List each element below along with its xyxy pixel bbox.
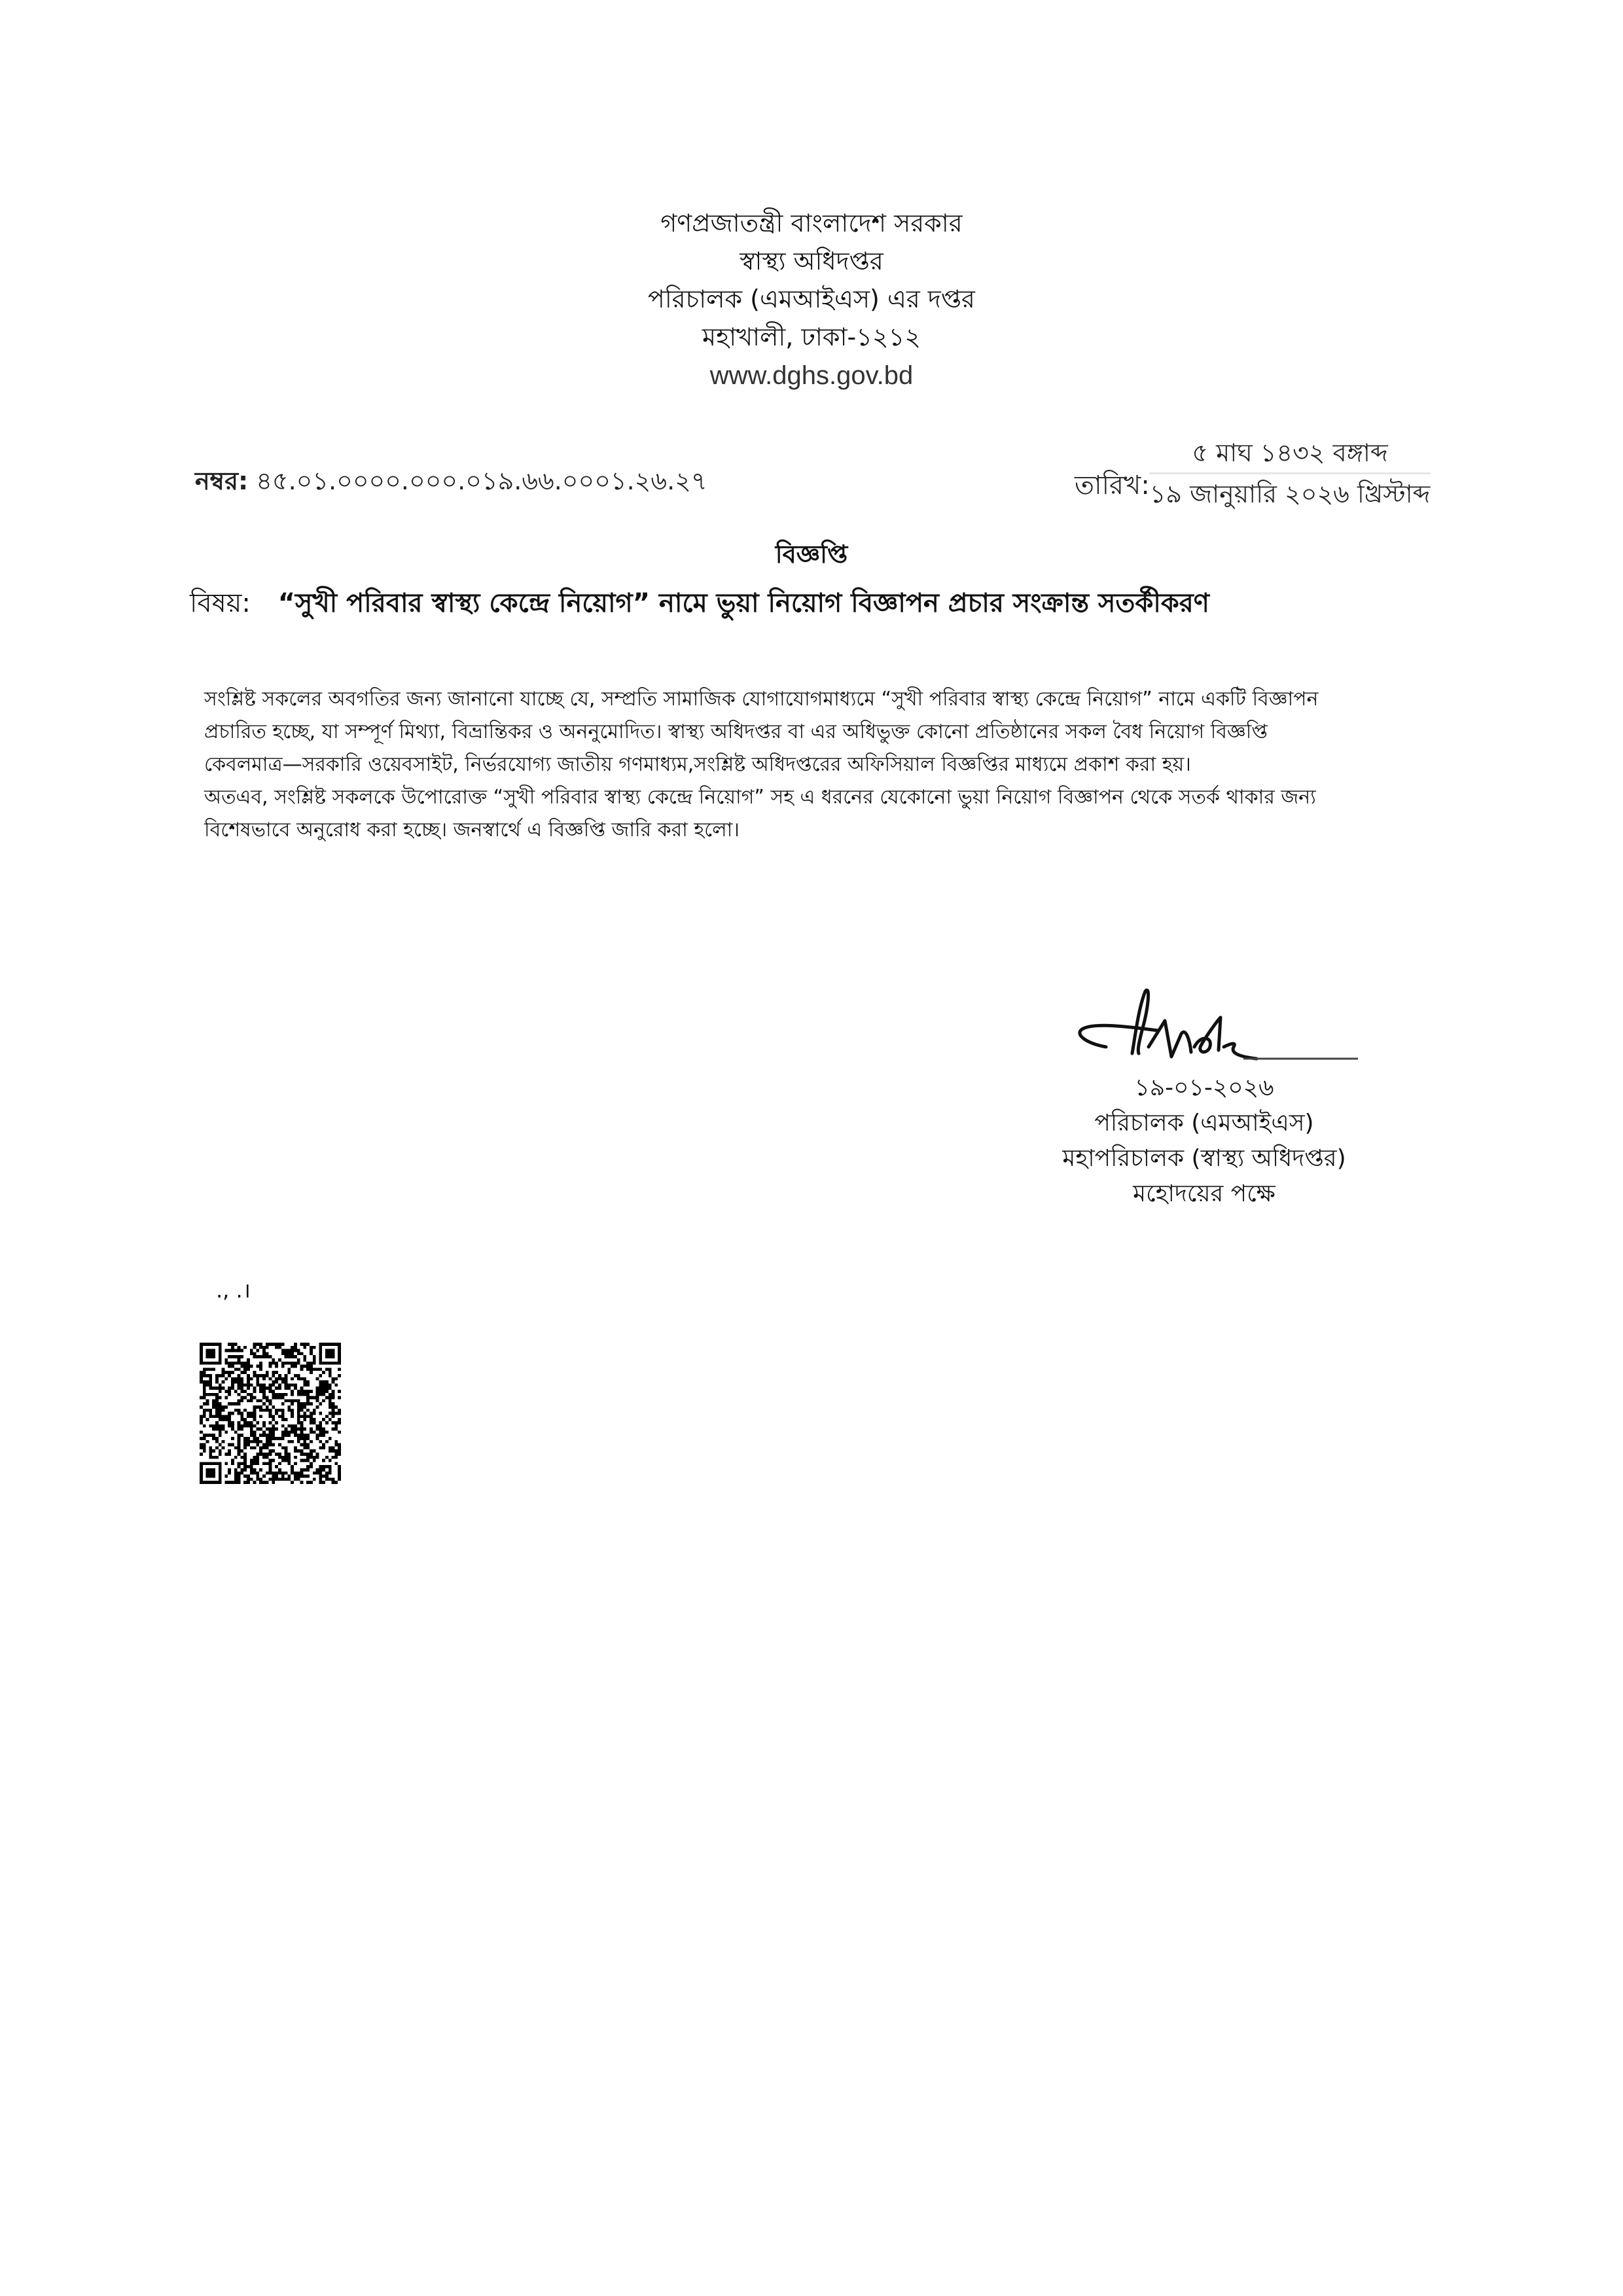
- notice-body: সংশ্লিষ্ট সকলের অবগতির জন্য জানানো যাচ্ছ…: [204, 683, 1435, 847]
- subject-line: বিষয়: “সুখী পরিবার স্বাস্থ্য কেন্দ্রে ন…: [190, 582, 1209, 626]
- body-line: কেবলমাত্র—সরকারি ওয়েবসাইট, নির্ভরযোগ্য …: [204, 749, 1435, 781]
- body-line: বিশেষভাবে অনুরোধ করা হচ্ছে। জনস্বার্থে এ…: [204, 814, 1435, 847]
- signature-block: ১৯-০১-২০২৬ পরিচালক (এমআইএস) মহাপরিচালক (…: [995, 1070, 1414, 1212]
- distribution-mark: ., .।: [216, 1276, 251, 1304]
- signature-date: ১৯-০১-২০২৬: [995, 1070, 1414, 1106]
- signature-icon: [1034, 981, 1374, 1073]
- date-divider: [1149, 472, 1431, 474]
- office-address: মহাখালী, ঢাকা-১২১২: [0, 318, 1623, 356]
- letterhead: গণপ্রজাতন্ত্রী বাংলাদেশ সরকার স্বাস্থ্য …: [0, 204, 1623, 395]
- notice-title: বিজ্ঞপ্তি: [0, 535, 1623, 577]
- body-line: অতএব, সংশ্লিষ্ট সকলকে উপোরোক্ত “সুখী পরি…: [204, 781, 1435, 814]
- bengali-date: ৫ মাঘ ১৪৩২ বঙ্গাব্দ: [1149, 436, 1431, 470]
- website-link[interactable]: www.dghs.gov.bd: [0, 356, 1623, 395]
- memo-number-label: নম্বর:: [195, 467, 248, 495]
- memo-number: নম্বর: ৪৫.০১.০০০০.০০০.০১৯.৬৬.০০০১.২৬.২৭: [195, 462, 707, 504]
- government-name: গণপ্রজাতন্ত্রী বাংলাদেশ সরকার: [0, 204, 1623, 242]
- signatory-authority: মহাপরিচালক (স্বাস্থ্য অধিদপ্তর): [995, 1141, 1414, 1176]
- signatory-behalf: মহোদয়ের পক্ষে: [995, 1176, 1414, 1212]
- qr-code-icon[interactable]: [200, 1343, 341, 1484]
- date-label: তারিখ:: [1075, 465, 1150, 508]
- body-line: প্রচারিত হচ্ছে, যা সম্পূর্ণ মিথ্যা, বিভ্…: [204, 716, 1435, 749]
- gregorian-date: ১৯ জানুয়ারি ২০২৬ খ্রিস্টাব্দ: [1149, 477, 1431, 511]
- signatory-designation: পরিচালক (এমআইএস): [995, 1106, 1414, 1141]
- directorate-name: স্বাস্থ্য অধিদপ্তর: [0, 242, 1623, 280]
- memo-number-value: ৪৫.০১.০০০০.০০০.০১৯.৬৬.০০০১.২৬.২৭: [256, 467, 707, 495]
- date-block: ৫ মাঘ ১৪৩২ বঙ্গাব্দ ১৯ জানুয়ারি ২০২৬ খ্…: [1149, 436, 1431, 511]
- office-name: পরিচালক (এমআইএস) এর দপ্তর: [0, 280, 1623, 318]
- subject-text: “সুখী পরিবার স্বাস্থ্য কেন্দ্রে নিয়োগ” …: [278, 588, 1209, 618]
- body-line: সংশ্লিষ্ট সকলের অবগতির জন্য জানানো যাচ্ছ…: [204, 683, 1435, 716]
- subject-label: বিষয়:: [190, 588, 251, 618]
